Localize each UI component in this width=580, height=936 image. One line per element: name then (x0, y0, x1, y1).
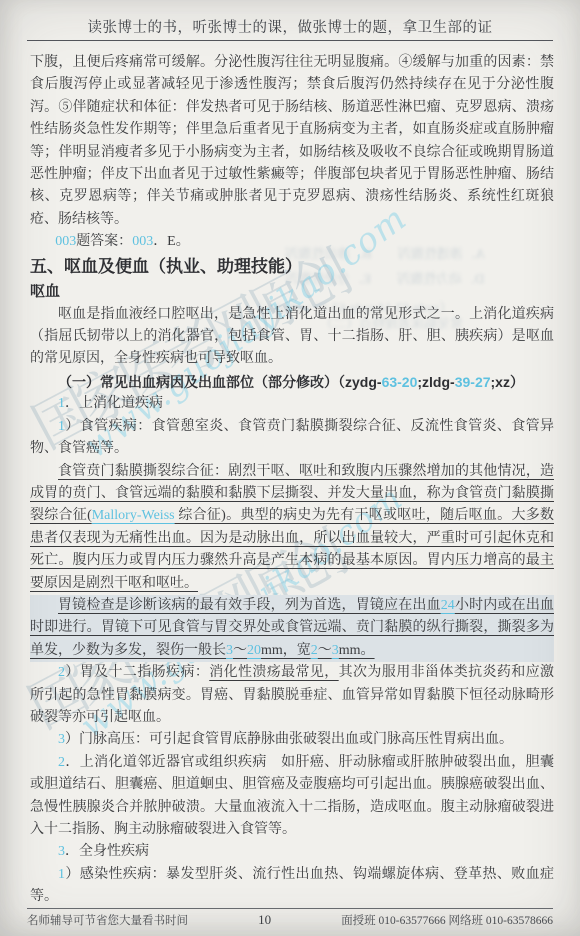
page-footer: 名师辅导可节省您大量看书时间 10 面授班 010-63577666 网络班 0… (27, 912, 553, 928)
text-segment: 1 (58, 396, 65, 411)
text-segment: ～ (318, 643, 332, 658)
text-segment: 胃镜检查是诊断该病的最有效手段，列为首选，胃镜应在出血 (58, 598, 441, 613)
text-segment: ．上消化道邻近器官或组织疾病 如肝癌、肝动脉瘤或肝脓肿破裂出血，胆囊或胆道结石、… (30, 755, 554, 837)
text-segment: 消化性溃疡最常见， (209, 665, 338, 680)
text-segment: 20 (247, 643, 261, 658)
section-heading-hematemesis: 五、呕血及便血（执业、助理技能） (30, 254, 554, 280)
text-segment: ）食管疾病：食管憩室炎、食管贲门黏膜撕裂综合征、反流性食管炎、食管异物、食管癌等… (30, 419, 554, 456)
subsection-heading-vomit-blood: 呕血 (30, 280, 554, 304)
text-segment: 3 (58, 732, 65, 747)
text-segment: 呕血是指血液经口腔呕出，是急性上消化道出血的常见形式之一。上消化道疾病（指屈氏韧… (30, 307, 554, 367)
paragraph-portal-hypertension: 3）门脉高压：可引起食管胃底静脉曲张破裂出血或门脉高压性胃病出血。 (30, 729, 554, 751)
text-segment: Mallory-Weiss (92, 508, 175, 523)
paragraph-gastroscopy-highlighted: 胃镜检查是诊断该病的最有效手段，列为首选，胃镜应在出血24小时内或在出血时即进行… (30, 595, 554, 662)
book-page: A．渗透性腹泻 B．渗出性腹泻 D．动力性腹泻 E．分泌性腹泻 （xydg-63… (0, 0, 580, 936)
text-segment: 63-20 (382, 374, 418, 390)
text-segment: 24 (441, 598, 455, 613)
text-segment: ．上消化道疾病 (65, 396, 163, 411)
footer-contact-phones: 面授班 010-63577666 网络班 010-63578666 (341, 912, 553, 928)
page-number: 10 (258, 912, 271, 928)
text-segment: （一）常见出血病因及出血部位（部分修改）（zydg- (58, 374, 382, 390)
text-segment: ;xz） (491, 374, 524, 390)
text-segment: 3 (226, 643, 233, 658)
header-rule (27, 40, 553, 41)
paragraph-stomach-duodenum: 2）胃及十二指肠疾病：消化性溃疡最常见，其次为服用非甾体类抗炎药和应激所引起的急… (30, 662, 554, 729)
text-segment: 2 (58, 755, 65, 770)
text-segment: ．E。 (153, 234, 190, 249)
footer-left-slogan: 名师辅导可节省您大量看书时间 (27, 912, 188, 928)
text-segment: mm，宽 (261, 643, 311, 658)
paragraph-infectious-disease: 1）感染性疾病：暴发型肝炎、流行性出血热、钩端螺旋体病、登革热、败血症等。 (30, 864, 554, 904)
text-segment: 3 (58, 844, 65, 859)
text-segment: ～ (233, 643, 247, 658)
paragraph-hematemesis-intro: 呕血是指血液经口腔呕出，是急性上消化道出血的常见形式之一。上消化道疾病（指屈氏韧… (30, 304, 554, 371)
text-segment: 1 (58, 867, 65, 882)
answer-line-003: 003题答案：003．E。 (30, 231, 554, 253)
text-segment: 呕血 (30, 283, 60, 300)
text-segment: 五、呕血及便血（执业、助理技能） (30, 257, 302, 276)
paragraph-esophageal-disease: 1）食管疾病：食管憩室炎、食管贲门黏膜撕裂综合征、反流性食管炎、食管异物、食管癌… (30, 416, 554, 461)
document-body: 下腹，且便后疼痛常可缓解。分泌性腹泻往往无明显腹痛。④缓解与加重的因素：禁食后腹… (30, 52, 554, 904)
paragraph-causes-heading: （一）常见出血病因及出血部位（部分修改）（zydg-63-20;zldg-39-… (30, 371, 554, 393)
text-segment: 1 (58, 419, 65, 434)
text-segment: ）胃及十二指肠疾病： (65, 665, 209, 680)
text-segment: 2 (58, 665, 65, 680)
text-segment: mm。 (339, 643, 375, 658)
paragraph-diarrhea-continued: 下腹，且便后疼痛常可缓解。分泌性腹泻往往无明显腹痛。④缓解与加重的因素：禁食后腹… (30, 52, 554, 231)
page-header-slogan: 读张博士的书，听张博士的课，做张博士的题，拿卫生部的证 (0, 16, 580, 37)
text-segment: 003 (132, 234, 153, 249)
text-segment: ;zldg- (417, 374, 454, 390)
text-segment: 3 (332, 643, 339, 658)
paragraph-upper-gi-disease: 1．上消化道疾病 (30, 393, 554, 415)
text-segment: 2 (311, 643, 318, 658)
text-segment: ．全身性疾病 (65, 844, 149, 859)
text-segment: 003 (55, 234, 76, 249)
text-segment: 题答案： (76, 234, 132, 249)
footer-rule (27, 908, 553, 909)
text-segment: ）门脉高压：可引起食管胃底静脉曲张破裂出血或门脉高压性胃病出血。 (65, 732, 513, 747)
paragraph-mallory-weiss: 食管贲门黏膜撕裂综合征：剧烈干呕、呕吐和致腹内压骤然增加的其他情况，造成胃的贲门… (30, 461, 554, 595)
paragraph-systemic-disease: 3．全身性疾病 (30, 841, 554, 863)
paragraph-adjacent-organs: 2．上消化道邻近器官或组织疾病 如肝癌、肝动脉瘤或肝脓肿破裂出血，胆囊或胆道结石… (30, 752, 554, 842)
text-segment: 39-27 (455, 374, 491, 390)
text-segment: ）感染性疾病：暴发型肝炎、流行性出血热、钩端螺旋体病、登革热、败血症等。 (30, 867, 554, 904)
text-segment: 下腹，且便后疼痛常可缓解。分泌性腹泻往往无明显腹痛。④缓解与加重的因素：禁食后腹… (30, 55, 554, 227)
